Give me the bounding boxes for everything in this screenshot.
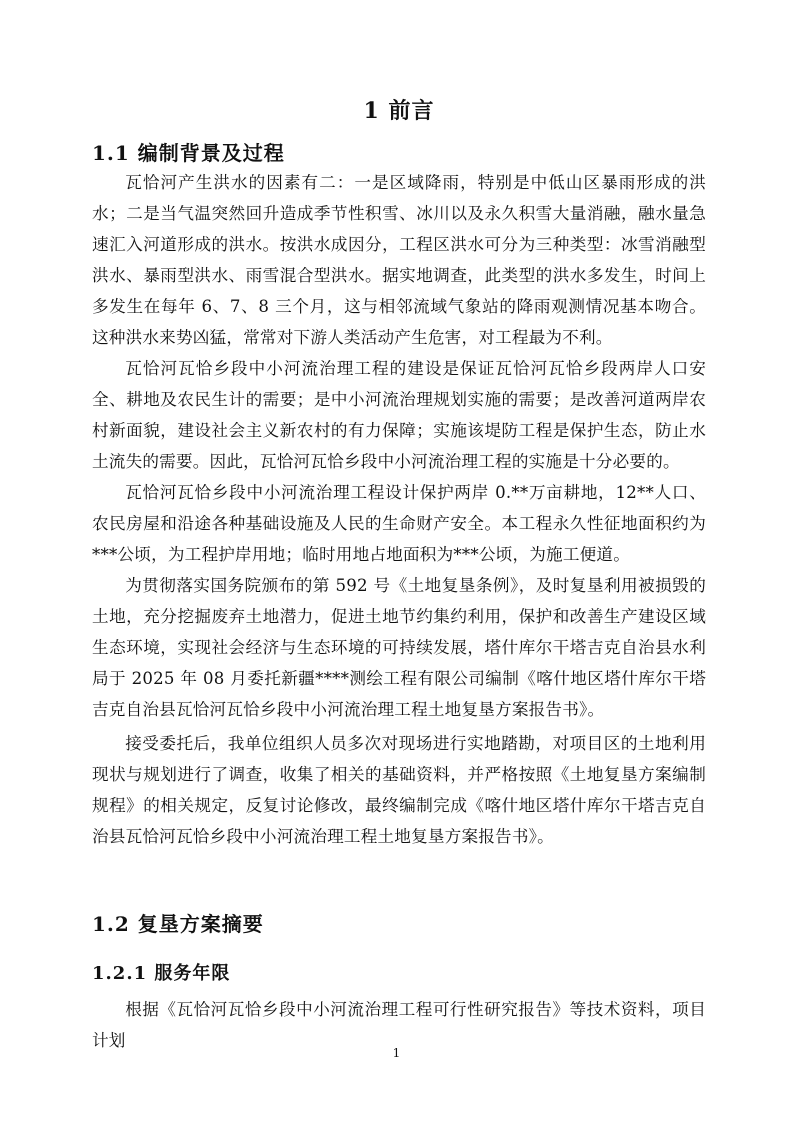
subsection-heading-1-2-1: 1.2.1 服务年限 <box>92 959 230 985</box>
paragraph: 接受委托后，我单位组织人员多次对现场进行实地踏勘，对项目区的土地利用现状与规划进… <box>92 728 706 852</box>
chapter-title: 1 前言 <box>92 94 706 125</box>
paragraph: 瓦恰河产生洪水的因素有二：一是区域降雨，特别是中低山区暴雨形成的洪水；二是当气温… <box>92 167 706 353</box>
section-heading-1-1: 1.1 编制背景及过程 <box>92 137 285 166</box>
section-heading-1-2: 1.2 复垦方案摘要 <box>92 908 264 937</box>
paragraph: 为贯彻落实国务院颁布的第 592 号《土地复垦条例》，及时复垦利用被损毁的土地，… <box>92 570 706 725</box>
paragraph: 瓦恰河瓦恰乡段中小河流治理工程的建设是保证瓦恰河瓦恰乡段两岸人口安全、耕地及农民… <box>92 353 706 477</box>
paragraph: 瓦恰河瓦恰乡段中小河流治理工程设计保护两岸 0.**万亩耕地，12**人口、农民… <box>92 477 706 570</box>
page-number: 1 <box>0 1046 793 1060</box>
